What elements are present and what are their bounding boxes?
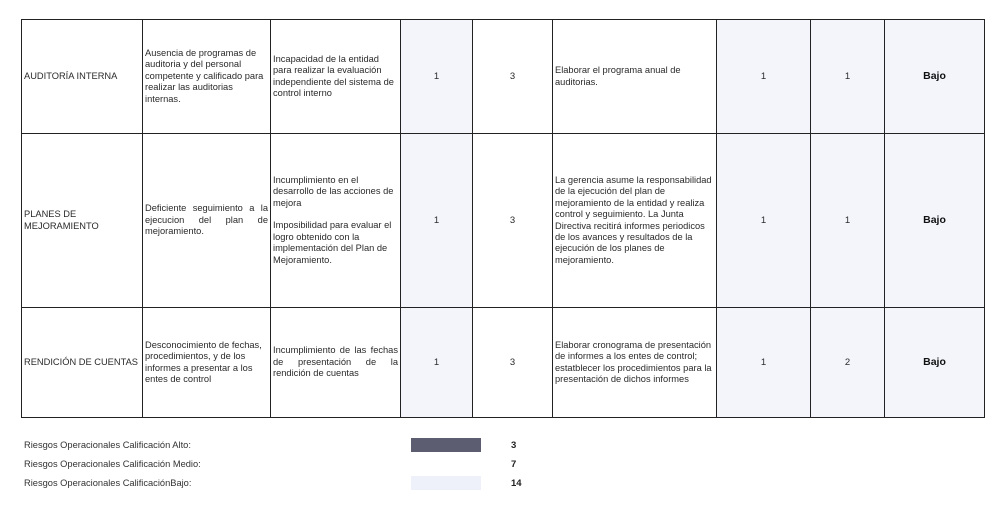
legend-row-bajo: Riesgos Operacionales CalificaciónBajo: … [24, 476, 584, 495]
impact-cell: 3 [473, 308, 553, 418]
effect-text: Imposibilidad para evaluar el logro obte… [273, 220, 398, 266]
residual-impact-cell: 2 [811, 308, 885, 418]
table-row: AUDITORÍA INTERNA Ausencia de programas … [22, 20, 985, 134]
residual-impact-cell: 1 [811, 20, 885, 134]
risk-summary-legend: Riesgos Operacionales Calificación Alto:… [24, 438, 584, 495]
legend-swatch-bajo [411, 476, 481, 490]
residual-probability-cell: 1 [717, 134, 811, 308]
effect-text: Incumplimiento en el desarrollo de las a… [273, 175, 398, 209]
risk-level-cell: Bajo [885, 134, 985, 308]
impact-cell: 3 [473, 134, 553, 308]
process-cell: AUDITORÍA INTERNA [22, 20, 143, 134]
risk-level-cell: Bajo [885, 20, 985, 134]
legend-label: Riesgos Operacionales Calificación Medio… [24, 459, 201, 469]
action-cell: La gerencia asume la responsabilidad de … [553, 134, 717, 308]
effect-cell: Incumplimiento de las fechas de presenta… [271, 308, 401, 418]
effect-text: Incapacidad de la entidad para realizar … [273, 54, 398, 100]
impact-cell: 3 [473, 20, 553, 134]
legend-swatch-medio [411, 457, 481, 471]
action-cell: Elaborar cronograma de presentación de i… [553, 308, 717, 418]
legend-count: 7 [511, 459, 516, 470]
legend-label: Riesgos Operacionales Calificación Alto: [24, 440, 191, 450]
legend-label: Riesgos Operacionales CalificaciónBajo: [24, 478, 191, 488]
residual-impact-cell: 1 [811, 134, 885, 308]
probability-cell: 1 [401, 134, 473, 308]
residual-probability-cell: 1 [717, 20, 811, 134]
effect-text: Incumplimiento de las fechas de presenta… [273, 345, 398, 379]
legend-swatch-alto [411, 438, 481, 452]
action-cell: Elaborar el programa anual de auditorias… [553, 20, 717, 134]
process-cell: PLANES DE MEJORAMIENTO [22, 134, 143, 308]
legend-count: 14 [511, 478, 522, 489]
legend-row-medio: Riesgos Operacionales Calificación Medio… [24, 457, 584, 476]
effect-cell: Incumplimiento en el desarrollo de las a… [271, 134, 401, 308]
cause-cell: Deficiente seguimiento a la ejecucion de… [143, 134, 271, 308]
cause-cell: Desconocimiento de fechas, procedimiento… [143, 308, 271, 418]
probability-cell: 1 [401, 20, 473, 134]
residual-probability-cell: 1 [717, 308, 811, 418]
probability-cell: 1 [401, 308, 473, 418]
legend-count: 3 [511, 440, 516, 451]
legend-row-alto: Riesgos Operacionales Calificación Alto:… [24, 438, 584, 457]
effect-cell: Incapacidad de la entidad para realizar … [271, 20, 401, 134]
risk-matrix-table: AUDITORÍA INTERNA Ausencia de programas … [21, 19, 985, 418]
process-cell: RENDICIÓN DE CUENTAS [22, 308, 143, 418]
cause-cell: Ausencia de programas de auditoria y del… [143, 20, 271, 134]
risk-level-cell: Bajo [885, 308, 985, 418]
table-row: RENDICIÓN DE CUENTAS Desconocimiento de … [22, 308, 985, 418]
table-row: PLANES DE MEJORAMIENTO Deficiente seguim… [22, 134, 985, 308]
